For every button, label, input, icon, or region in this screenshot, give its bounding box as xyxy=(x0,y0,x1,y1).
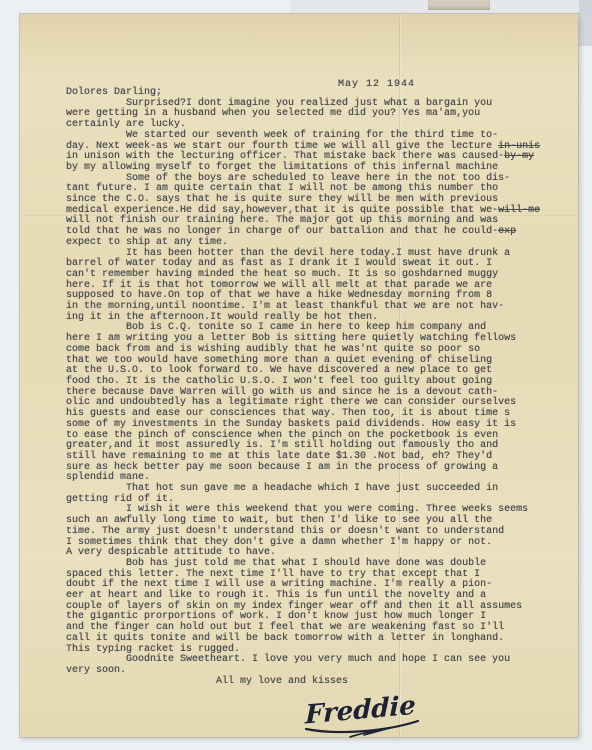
line-text: Goodnite Sweetheart. I love you very muc… xyxy=(66,654,510,665)
line-text: sure as heck better pay me soon because … xyxy=(66,462,498,473)
struck-text: exp xyxy=(498,226,516,237)
line-text: time. The army just doesn't understand t… xyxy=(66,526,504,537)
line-text: Bob has just told me that what I should … xyxy=(66,558,486,569)
letter-line: Goodnite Sweetheart. I love you very muc… xyxy=(66,655,566,666)
line-text: some of my investments in the Sunday bas… xyxy=(66,419,516,430)
signature: Freddie xyxy=(298,686,438,746)
line-text: greater,and it most assuredly is. I'm st… xyxy=(66,440,498,451)
line-text: were getting in a husband when you selec… xyxy=(66,108,480,119)
line-text: olic and undoubtedly has a legitimate ri… xyxy=(66,397,516,408)
line-text: that we too would have something more th… xyxy=(66,355,492,366)
line-text: doubt if the next time I will use a writ… xyxy=(66,579,492,590)
line-text: his guests and ease our consciences that… xyxy=(66,408,510,419)
letter-body: Dolores Darling; Surprised?I dont imagin… xyxy=(66,88,566,687)
line-text: in unison with the lecturing officer. Th… xyxy=(66,151,504,162)
line-text: Bob is C.Q. tonite so I came in here to … xyxy=(66,322,486,333)
signature-svg: Freddie xyxy=(298,686,438,746)
line-text: will not finish our training here. The m… xyxy=(66,215,498,226)
line-text: We started our seventh week of training … xyxy=(66,130,498,141)
line-text: expect to ship at any time. xyxy=(66,237,228,248)
tape-scrap xyxy=(428,0,490,10)
line-text: very soon. xyxy=(66,665,126,676)
line-text: day. Next week-as we start our fourth ti… xyxy=(66,141,498,152)
line-text: such an awfully long time to wait, but t… xyxy=(66,515,492,526)
line-text: call it quits tonite and will be back to… xyxy=(66,633,504,644)
scan-edge-band xyxy=(579,0,592,46)
line-text: I sometimes think that they don't give a… xyxy=(66,537,492,548)
line-text: told that he was no longer in charge of … xyxy=(66,226,498,237)
line-text: A very despicable attitude to have. xyxy=(66,547,276,558)
line-text: eer at heart and like to rough it. This … xyxy=(66,590,486,601)
line-text: That hot sun gave me a headache which I … xyxy=(66,483,498,494)
line-text: can't remember having minded the heat so… xyxy=(66,269,498,280)
line-text: still have remaining to me at this late … xyxy=(66,451,492,462)
line-text: to ease the pinch of conscience when the… xyxy=(66,430,498,441)
line-text: It has been hotter than the devil here t… xyxy=(66,248,510,259)
line-text: here I am writing you a letter Bob is si… xyxy=(66,333,516,344)
line-text: I wish it were this weekend that you wer… xyxy=(66,504,528,515)
line-text: here. If it is that hot tomorrow we will… xyxy=(66,280,492,291)
line-text: splendid mane. xyxy=(66,472,150,483)
line-text: supposed to have.On top of that we have … xyxy=(66,290,492,301)
line-text: the gigantic prorportions of work. I don… xyxy=(66,611,486,622)
line-text: food tho. It is the catholic U.S.O. I wo… xyxy=(66,376,492,387)
line-text: tant future. I am quite certain that I w… xyxy=(66,183,498,194)
struck-text: in-unis xyxy=(498,141,540,152)
signature-name: Freddie xyxy=(304,691,416,731)
line-text: since the C.O. says that he is quite sur… xyxy=(66,194,498,205)
line-text: spaced this letter. The next time I'll h… xyxy=(66,569,480,580)
line-text: and the finger can hold out but I feel t… xyxy=(66,622,504,633)
line-text: certainly are lucky. xyxy=(66,119,186,130)
line-text: This typing racket is rugged. xyxy=(66,644,240,655)
struck-text: by-my xyxy=(504,151,534,162)
line-text: Some of the boys are scheduled to leave … xyxy=(66,173,510,184)
line-text: come back from and is wishing audibly th… xyxy=(66,344,480,355)
line-text: Dolores Darling; xyxy=(66,87,162,98)
line-text: at the U.S.O. to look forward to. We hav… xyxy=(66,365,492,376)
letter-sheet: May 12 1944 Dolores Darling; Surprised?I… xyxy=(20,14,578,737)
line-text: barrel of water today and as fast as I d… xyxy=(66,258,492,269)
line-text: by my allowing myself to forget the limi… xyxy=(66,162,498,173)
line-text: in the morning,until noontime. I'm at le… xyxy=(66,301,504,312)
struck-text: will-me xyxy=(498,205,540,216)
scan-background: { "colors": { "background": "#edf0f3", "… xyxy=(0,0,592,750)
